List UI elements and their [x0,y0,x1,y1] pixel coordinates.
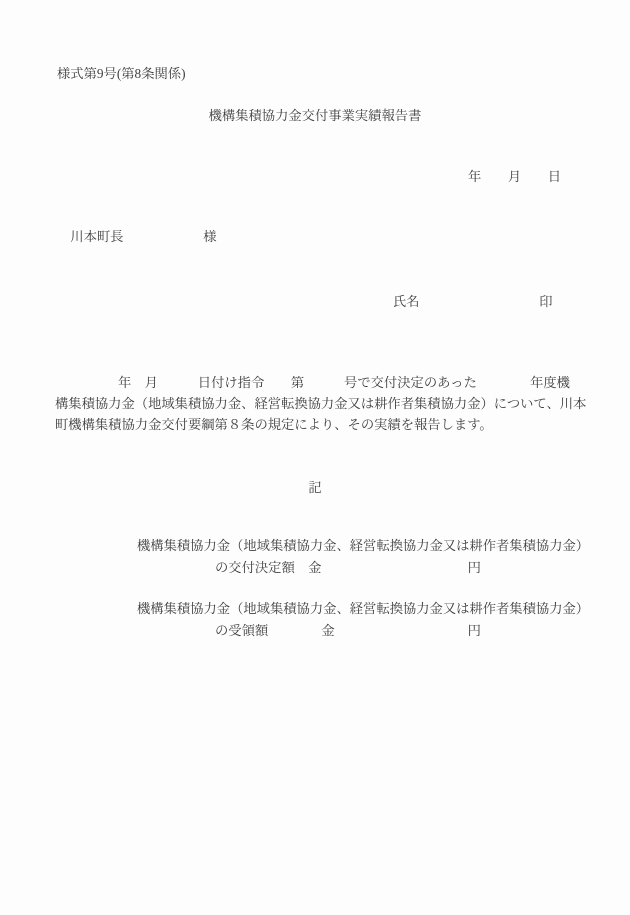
date-blank-line: 年 月 日 [468,169,561,185]
ki-heading: 記 [0,480,630,496]
name-seal-line: 氏名 印 [393,294,553,310]
body-paragraph-line-3: 町機構集積協力金交付要綱第８条の規定により、その実績を報告します。 [55,417,493,433]
body-paragraph-line-2: 構集積協力金（地域集積協力金、経営転換協力金又は耕作者集積協力金）について、川本 [55,396,586,412]
body-paragraph-line-1: 年 月 日付け指令 第 号で交付決定のあった 年度機 [55,375,570,391]
amount-item-2-line-2: の受領額 金 円 [215,623,481,639]
amount-item-2-line-1: 機構集積協力金（地域集積協力金、経営転換協力金又は耕作者集積協力金） [137,601,589,617]
document-page: 様式第9号(第8条関係) 機構集積協力金交付事業実績報告書 年 月 日 川本町長… [0,0,630,915]
document-title: 機構集積協力金交付事業実績報告書 [0,108,630,124]
addressee-line: 川本町長 様 [57,229,217,245]
amount-item-1-line-2: の交付決定額 金 円 [215,560,481,576]
form-number: 様式第9号(第8条関係) [57,66,186,82]
amount-item-1-line-1: 機構集積協力金（地域集積協力金、経営転換協力金又は耕作者集積協力金） [137,538,589,554]
